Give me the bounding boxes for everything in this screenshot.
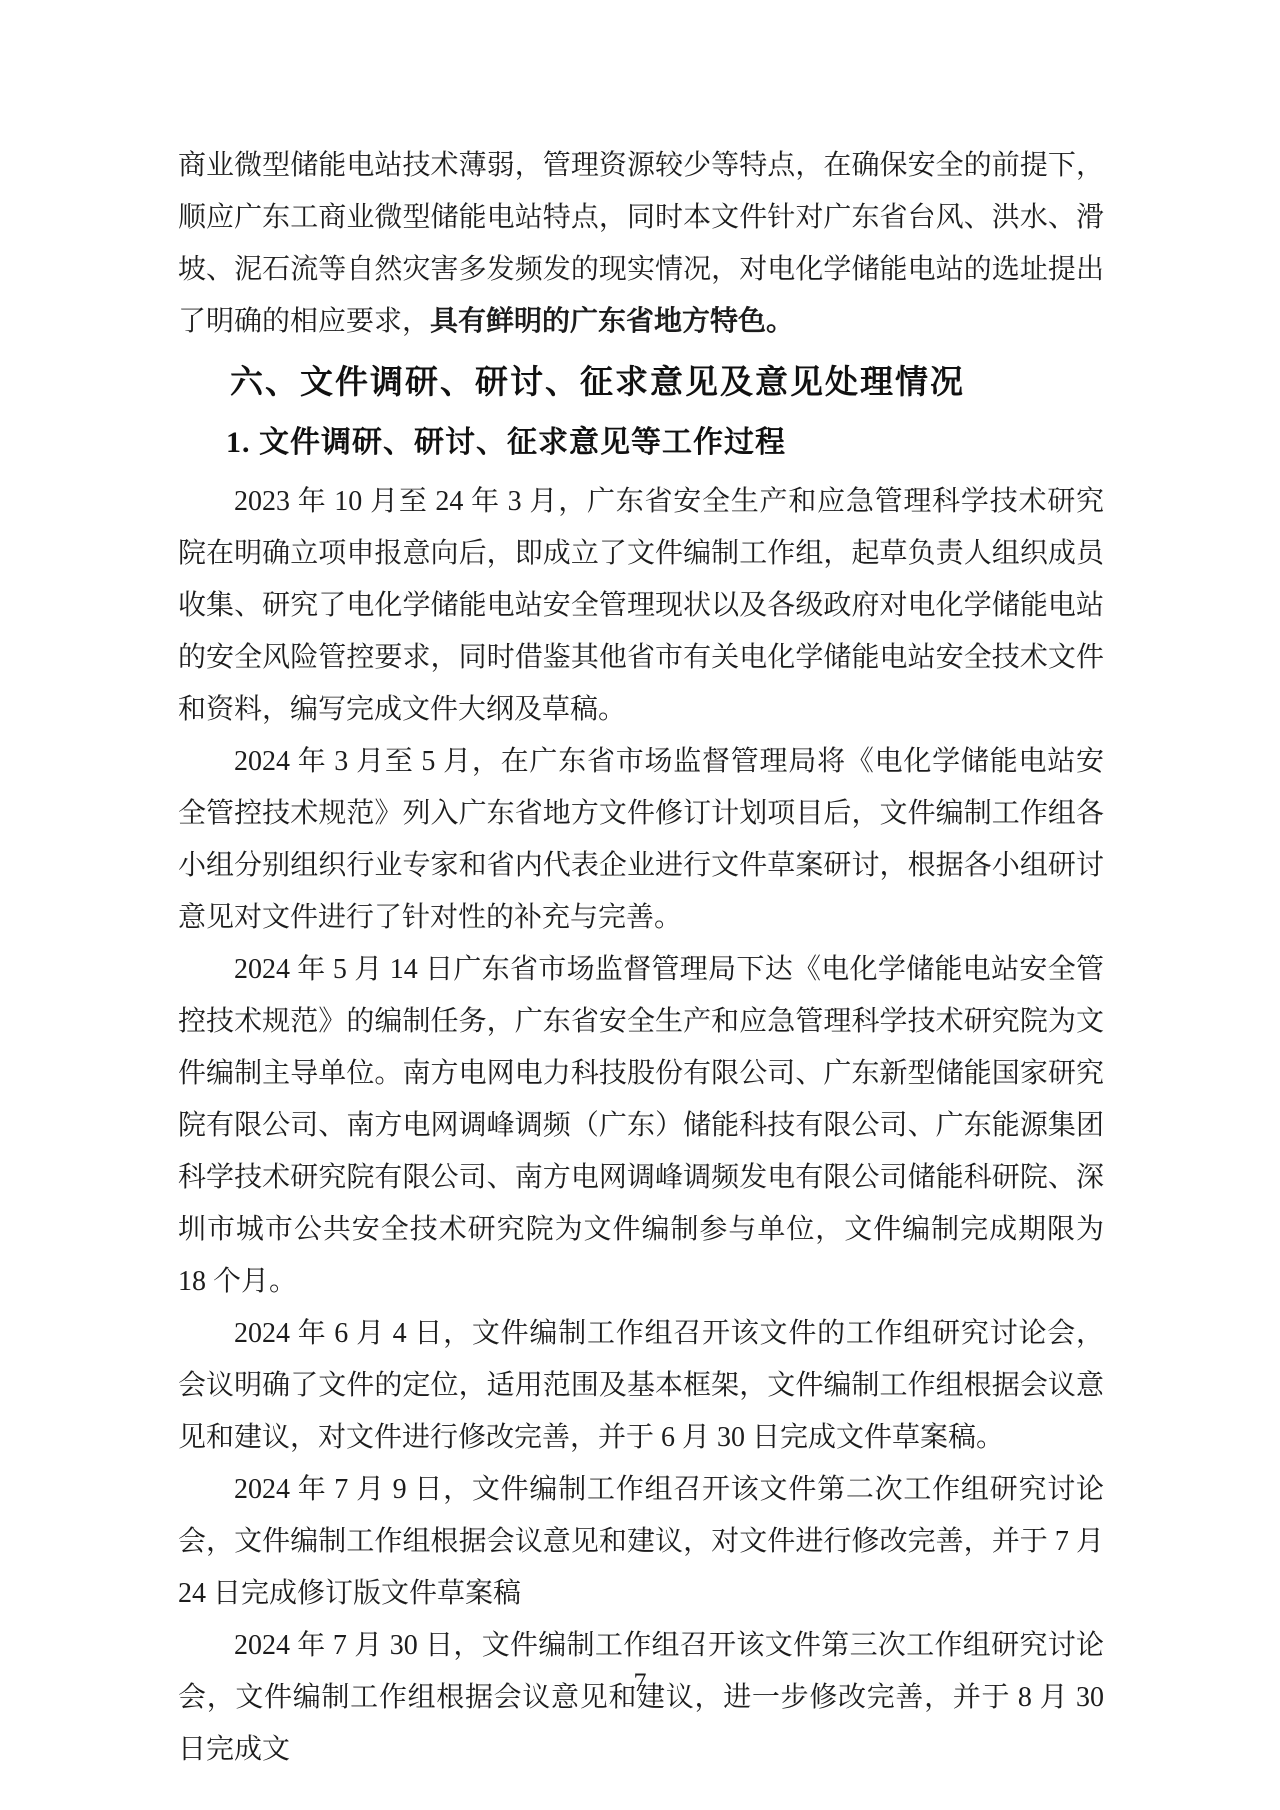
body-paragraph-second-meeting: 2024 年 7 月 9 日，文件编制工作组召开该文件第二次工作组研究讨论会，文… [178,1464,1104,1620]
body-paragraph-task-assignment: 2024 年 5 月 14 日广东省市场监督管理局下达《电化学储能电站安全管控技… [178,944,1104,1308]
intro-paragraph: 商业微型储能电站技术薄弱，管理资源较少等特点，在确保安全的前提下，顺应广东工商业… [178,140,1104,348]
page-content: 商业微型储能电站技术薄弱，管理资源较少等特点，在确保安全的前提下，顺应广东工商业… [178,140,1104,1776]
document-page: 商业微型储能电站技术薄弱，管理资源较少等特点，在确保安全的前提下，顺应广东工商业… [0,0,1280,1810]
body-paragraph-research-phase: 2023 年 10 月至 24 年 3 月，广东省安全生产和应急管理科学技术研究… [178,476,1104,736]
page-number: 7 [634,1668,647,1697]
intro-bold-text: 具有鲜明的广东省地方特色。 [430,306,794,337]
subsection-heading: 1. 文件调研、研讨、征求意见等工作过程 [178,414,1104,472]
body-paragraph-plan-listing: 2024 年 3 月至 5 月，在广东省市场监督管理局将《电化学储能电站安全管控… [178,736,1104,944]
body-paragraph-first-meeting: 2024 年 6 月 4 日，文件编制工作组召开该文件的工作组研究讨论会，会议明… [178,1308,1104,1464]
body-paragraph-third-meeting: 2024 年 7 月 30 日，文件编制工作组召开该文件第三次工作组研究讨论会，… [178,1620,1104,1776]
page-footer: 7 [0,1668,1280,1698]
section-heading: 六、文件调研、研讨、征求意见及意见处理情况 [178,352,1104,412]
